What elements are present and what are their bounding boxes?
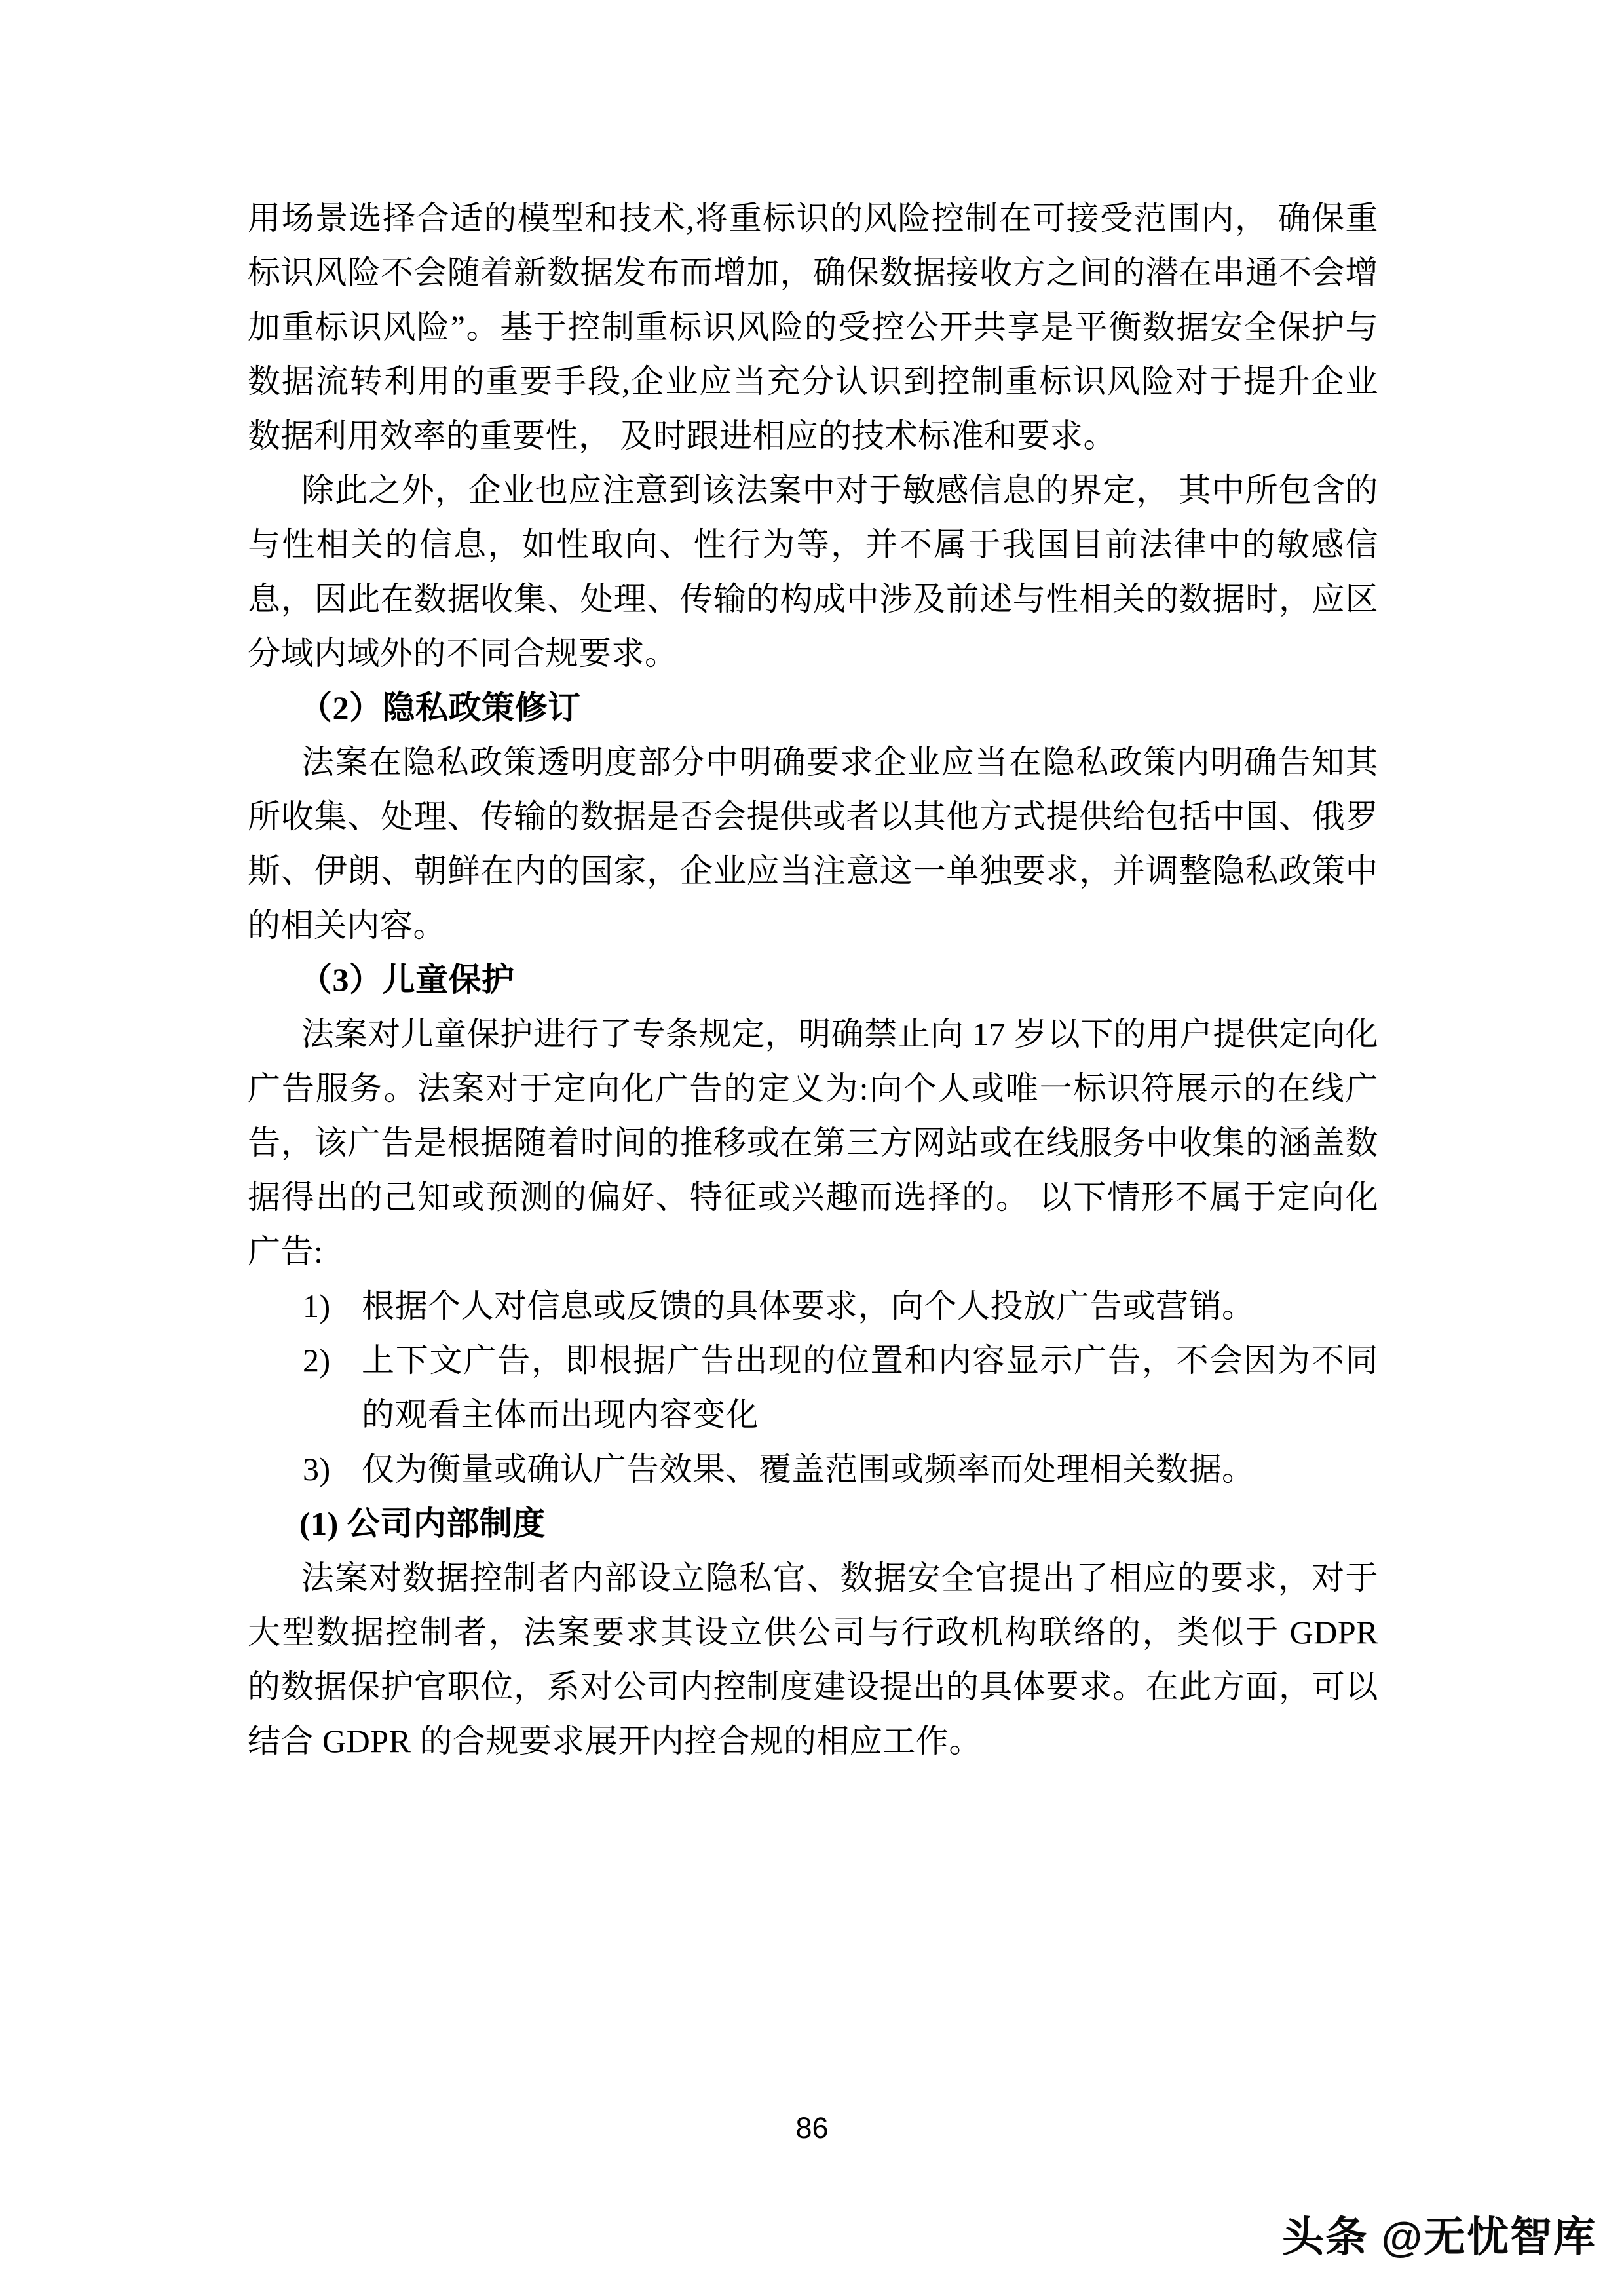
list-item-text: 上下文广告，即根据广告出现的位置和内容显示广告，不会因为不同的观看主体而出现内容… xyxy=(362,1342,1378,1433)
text-body: 用场景选择合适的模型和技术,将重标识的风险控制在可接受范围内， 确保重标识风险不… xyxy=(248,191,1378,1769)
paragraph: 法案在隐私政策透明度部分中明确要求企业应当在隐私政策内明确告知其所收集、处理、传… xyxy=(248,735,1378,953)
list-marker: 3) xyxy=(303,1442,331,1497)
section-heading-privacy-policy: （2）隐私政策修订 xyxy=(248,681,1378,735)
paragraph: 法案对数据控制者内部设立隐私官、数据安全官提出了相应的要求，对于大型数据控制者，… xyxy=(248,1551,1378,1769)
list-marker: 1) xyxy=(303,1279,331,1333)
list-marker: 2) xyxy=(303,1333,331,1388)
list-item: 3) 仅为衡量或确认广告效果、覆盖范围或频率而处理相关数据。 xyxy=(248,1442,1378,1497)
list-item-text: 根据个人对信息或反馈的具体要求，向个人投放广告或营销。 xyxy=(362,1288,1255,1324)
document-page: 用场景选择合适的模型和技术,将重标识的风险控制在可接受范围内， 确保重标识风险不… xyxy=(0,0,1624,2296)
list-item: 1) 根据个人对信息或反馈的具体要求，向个人投放广告或营销。 xyxy=(248,1279,1378,1333)
list-item: 2) 上下文广告，即根据广告出现的位置和内容显示广告，不会因为不同的观看主体而出… xyxy=(248,1333,1378,1442)
watermark: 头条 @无忧智库 xyxy=(1282,2213,1596,2261)
section-heading-internal-system: (1) 公司内部制度 xyxy=(248,1497,1378,1551)
list-item-text: 仅为衡量或确认广告效果、覆盖范围或频率而处理相关数据。 xyxy=(362,1451,1255,1487)
page-number: 86 xyxy=(0,2109,1624,2148)
section-heading-child-protection: （3）儿童保护 xyxy=(248,953,1378,1007)
paragraph: 除此之外，企业也应注意到该法案中对于敏感信息的界定， 其中所包含的与性相关的信息… xyxy=(248,463,1378,681)
paragraph: 用场景选择合适的模型和技术,将重标识的风险控制在可接受范围内， 确保重标识风险不… xyxy=(248,191,1378,463)
paragraph: 法案对儿童保护进行了专条规定，明确禁止向 17 岁以下的用户提供定向化广告服务。… xyxy=(248,1007,1378,1279)
